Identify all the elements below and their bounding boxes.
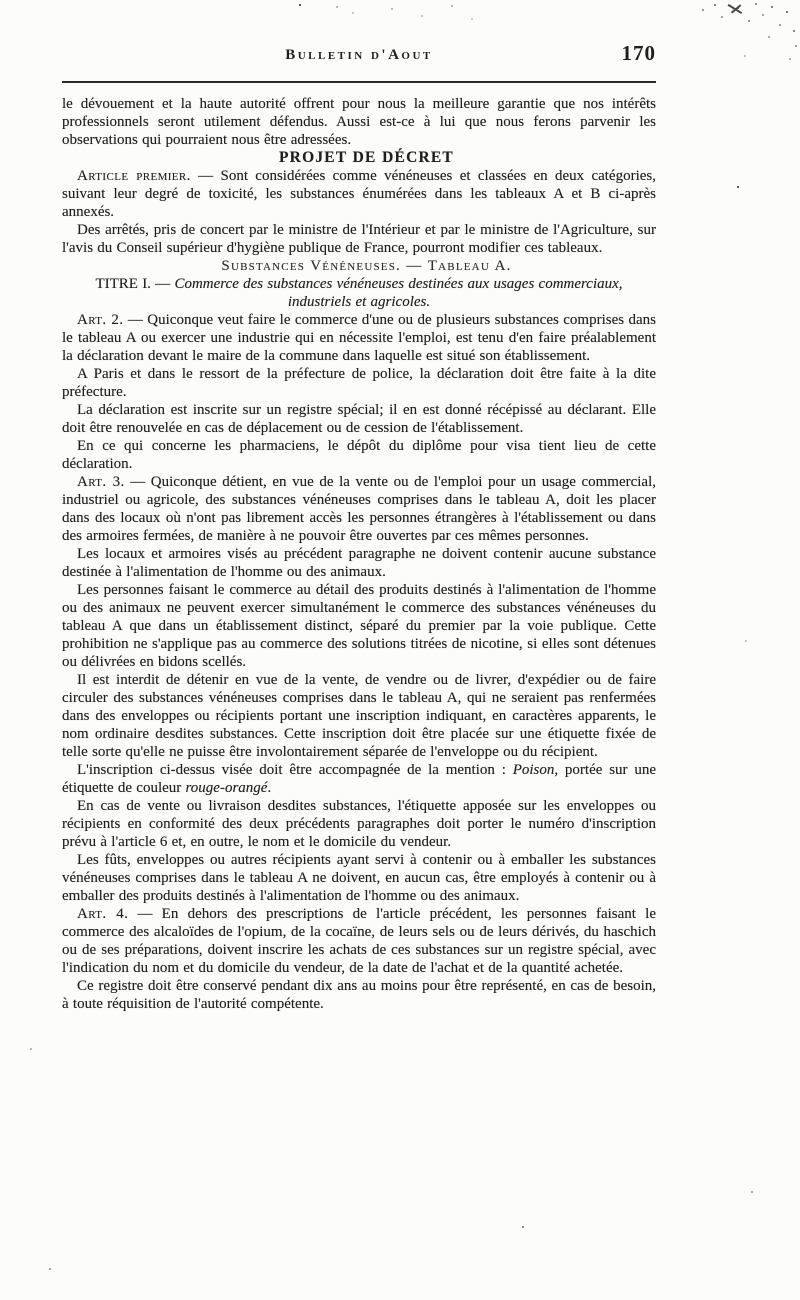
mention-color-word: rouge-orangé <box>186 780 268 796</box>
art-4-text: — En dehors des prescriptions de l'artic… <box>62 906 656 976</box>
paragraph-interdit: Il est interdit de détenir en vue de la … <box>62 671 656 761</box>
paragraph-mention-poison: L'inscription ci-dessus visée doit être … <box>62 761 656 797</box>
titre-1-title: Commerce des substances vénéneuses desti… <box>174 276 622 310</box>
paragraph-arretes: Des arrêtés, pris de concert par le mini… <box>62 221 656 257</box>
paragraph-commerce-detail: Les personnes faisant le commerce au dét… <box>62 581 656 671</box>
mention-text-after: . <box>267 780 271 796</box>
page-body: le dévouement et la haute autorité offre… <box>62 95 656 1013</box>
mention-text-before: L'inscription ci-dessus visée doit être … <box>77 762 513 778</box>
paragraph-art-2: Art. 2. — Quiconque veut faire le commer… <box>62 311 656 365</box>
titre-1-label: TITRE I. — <box>95 276 174 292</box>
paragraph-art-4: Art. 4. — En dehors des prescriptions de… <box>62 905 656 977</box>
scanned-page: Bulletin d'Aout 170 le dévouement et la … <box>0 0 800 1300</box>
decree-heading: PROJET DE DÉCRET <box>62 149 656 167</box>
art-4-label: Art. 4. <box>77 906 128 922</box>
paragraph-registre: Ce registre doit être conservé pendant d… <box>62 977 656 1013</box>
paragraph-article-premier: Article premier. — Sont considérées comm… <box>62 167 656 221</box>
scan-mark-top-right <box>727 2 743 16</box>
paragraph-locaux: Les locaux et armoires visés au précéden… <box>62 545 656 581</box>
art-3-text: — Quiconque détient, en vue de la vente … <box>62 474 656 544</box>
page-number: 170 <box>622 41 657 66</box>
art-2-text: — Quiconque veut faire le commerce d'une… <box>62 312 656 364</box>
paragraph-declaration: La déclaration est inscrite sur un regis… <box>62 401 656 437</box>
paragraph-pharmaciens: En ce qui concerne les pharmaciens, le d… <box>62 437 656 473</box>
paragraph-paris: A Paris et dans le ressort de la préfect… <box>62 365 656 401</box>
section-heading-tableau-a: Substances Vénéneuses. — Tableau A. <box>62 257 656 275</box>
journal-title: Bulletin d'Aout <box>62 44 656 64</box>
paragraph-art-3: Art. 3. — Quiconque détient, en vue de l… <box>62 473 656 545</box>
paragraph-intro: le dévouement et la haute autorité offre… <box>62 95 656 149</box>
paragraph-futs: Les fûts, enveloppes ou autres récipient… <box>62 851 656 905</box>
text-block: Bulletin d'Aout 170 le dévouement et la … <box>62 44 656 1013</box>
article-premier-label: Article premier. <box>77 168 191 184</box>
titre-1-heading: TITRE I. — Commerce des substances vénén… <box>62 275 656 311</box>
art-3-label: Art. 3. <box>77 474 125 490</box>
paragraph-vente: En cas de vente ou livraison desdites su… <box>62 797 656 851</box>
running-head: Bulletin d'Aout 170 <box>62 44 656 74</box>
art-2-label: Art. 2. <box>77 312 123 328</box>
header-rule <box>62 81 656 83</box>
scan-mark-left-margin <box>25 330 35 338</box>
scan-speckles <box>0 0 2 2</box>
mention-poison-word: Poison <box>513 762 555 778</box>
